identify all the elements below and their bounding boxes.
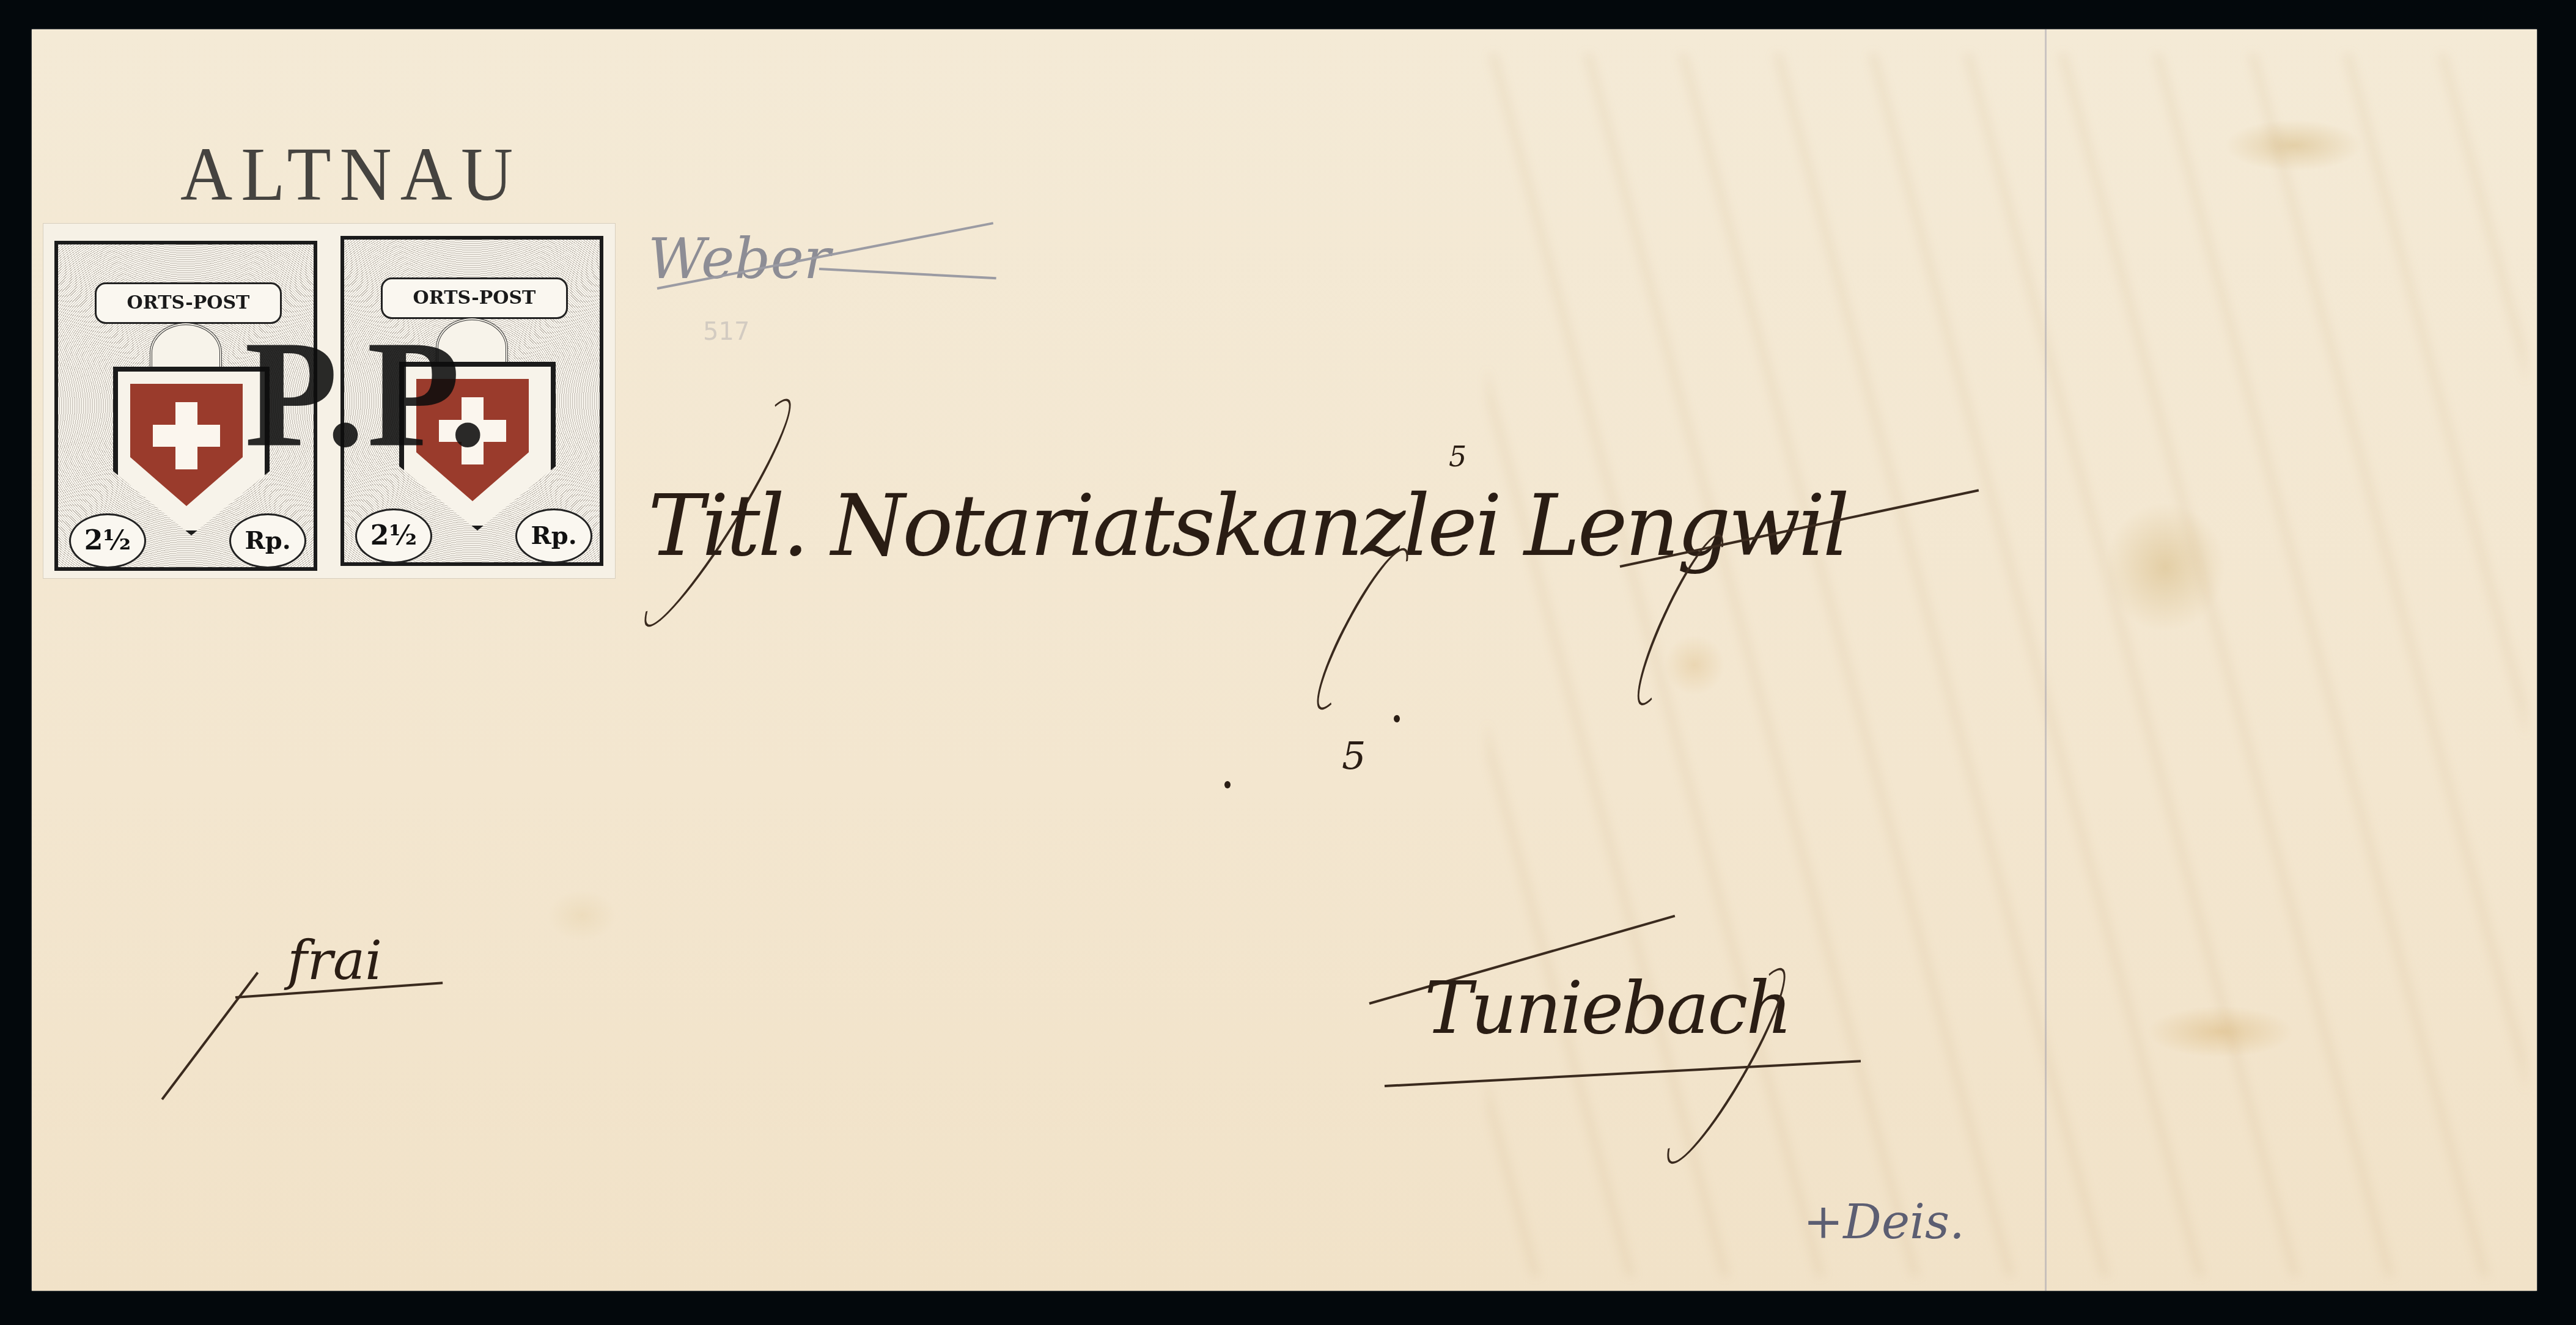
pencil-note: +Deis. (1803, 1195, 1965, 1250)
ink-number-top: 5 (1449, 440, 1466, 473)
cover-paper (32, 29, 2537, 1291)
ink-dot (1394, 715, 1400, 722)
ink-dot (1224, 781, 1231, 788)
town-postmark: ALTNAU (180, 131, 521, 219)
fold-line (2045, 29, 2047, 1291)
faint-pencil-number: 517 (703, 318, 749, 346)
address-line: Titl. Notariatskanzlei Lengwil (648, 477, 1847, 575)
stamp-unit: Rp. (515, 508, 592, 563)
stamp-unit: Rp. (229, 513, 306, 568)
ink-number-mid: 5 (1342, 733, 1366, 778)
stamp-value: 2½ (69, 513, 146, 568)
swiss-cross-bar (153, 425, 220, 447)
reverse-ink-bleed (1487, 54, 2526, 1276)
pp-cancellation: P.P. (245, 318, 490, 471)
franking-note: frai (287, 929, 382, 992)
stamp-value: 2½ (355, 508, 432, 563)
